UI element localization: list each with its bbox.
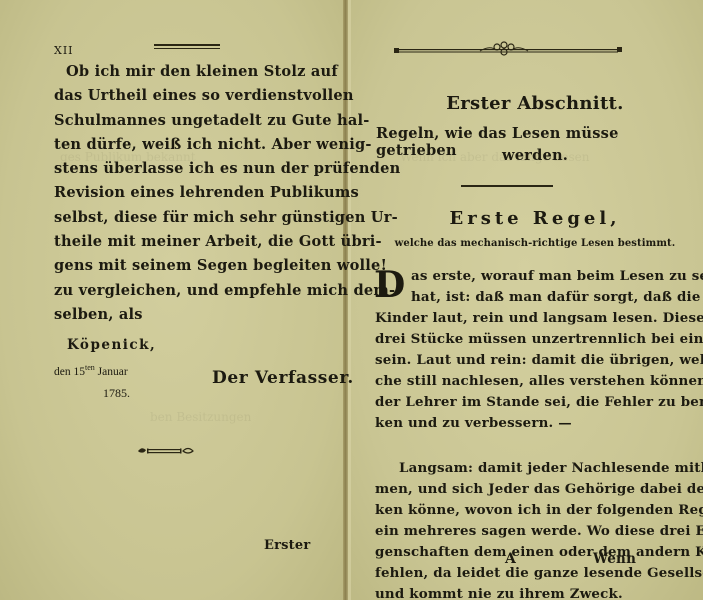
catchword: Wenn — [593, 551, 636, 567]
text-line: ein mehreres sagen werde. Wo diese drei … — [375, 521, 681, 542]
rule-subheading: welche das mechanisch-richtige Lesen bes… — [370, 238, 700, 249]
place-name: Köpenick, — [67, 337, 156, 353]
text-line: und kommt nie zu ihrem Zweck. — [375, 584, 681, 600]
ornament-icon — [136, 445, 196, 457]
chapter-title: Erster Abschnitt. — [370, 93, 700, 114]
rule-heading: Erste Regel, — [370, 208, 700, 229]
text-line: ten dürfe, weiß ich nicht. Aber wenig- — [54, 133, 324, 157]
text-line: das Urtheil eines so verdienstvollen — [54, 84, 324, 108]
text-line: hat, ist: daß man dafür sorgt, daß die — [375, 287, 681, 308]
text-line: gens mit seinem Segen begleiten wolle! — [54, 254, 324, 278]
date-line: den 15ten Januar — [54, 363, 128, 378]
header-rule — [154, 44, 220, 46]
text-line: stens überlasse ich es nun der prüfenden — [54, 157, 324, 181]
date-ordinal: ten — [85, 363, 95, 372]
text-line: selbst, diese für mich sehr günstigen Ur… — [54, 206, 324, 230]
text-line: Kinder laut, rein und langsam lesen. Die… — [375, 308, 681, 329]
text-line: as erste, worauf man beim Lesen zu sehen — [375, 266, 681, 287]
chapter-subtitle: werden. — [370, 147, 700, 164]
text-line: Langsam: damit jeder Nachlesende mitkom- — [375, 458, 681, 479]
text-line: zu vergleichen, und empfehle mich dem- — [54, 279, 324, 303]
preface-paragraph: Ob ich mir den kleinen Stolz auf das Urt… — [54, 60, 324, 327]
text-line: drei Stücke müssen unzertrennlich bei ei… — [375, 329, 681, 350]
show-through-text: ben Besitzungen — [150, 410, 251, 424]
text-line: sein. Laut und rein: damit die übrigen, … — [375, 350, 681, 371]
ornament-icon — [392, 41, 624, 59]
text-line: ken und zu verbessern. — — [375, 413, 681, 434]
author-signature: Der Verfasser. — [212, 368, 354, 388]
text-line: theile mit meiner Arbeit, die Gott übri- — [54, 230, 324, 254]
text-line: selben, als — [54, 303, 324, 327]
signature-mark: A — [505, 551, 516, 567]
text-line: che still nachlesen, alles verstehen kön… — [375, 371, 681, 392]
text-line: Schulmannes ungetadelt zu Gute hal- — [54, 109, 324, 133]
date-month: Januar — [95, 366, 128, 378]
paragraph-gap — [375, 434, 681, 458]
text-line: der Lehrer im Stande sei, die Fehler zu … — [375, 392, 681, 413]
body-text: as erste, worauf man beim Lesen zu sehen… — [375, 266, 681, 600]
header-rule — [154, 48, 220, 49]
text-line: men, und sich Jeder das Gehörige dabei d… — [375, 479, 681, 500]
catchword: Erster — [264, 538, 310, 553]
text-line: Revision eines lehrenden Publikums — [54, 181, 324, 205]
book-spread: ges Publikum bekannt ben Besitzungen Wen… — [0, 0, 703, 600]
date-prefix: den 15 — [54, 366, 85, 378]
section-rule — [461, 185, 553, 187]
text-line: Ob ich mir den kleinen Stolz auf — [54, 60, 324, 84]
page-number: XII — [54, 44, 74, 57]
year: 1785. — [103, 386, 130, 401]
text-line: ken könne, wovon ich in der folgenden Re… — [375, 500, 681, 521]
